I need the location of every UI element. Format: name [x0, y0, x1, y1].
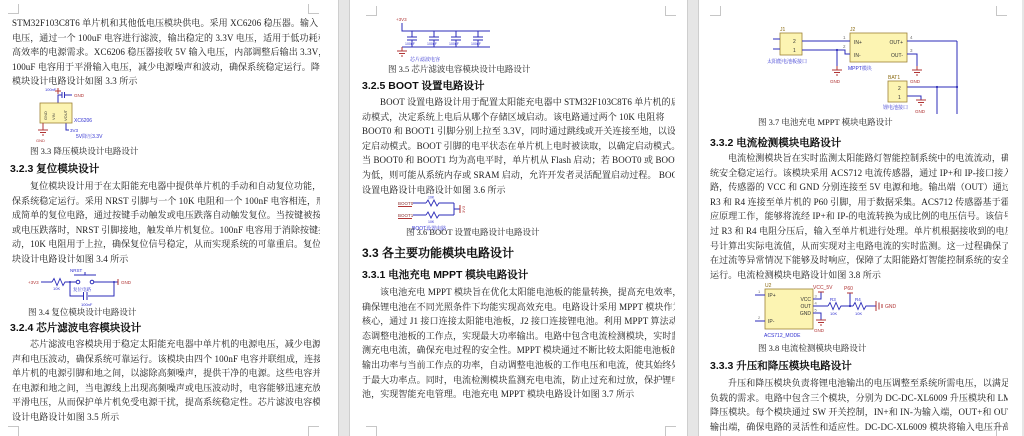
paragraph: 该电池充电 MPPT 模块旨在优化太阳能电池板的能量转换，提高充电效率， 确保锂… — [362, 285, 675, 402]
heading-3-2-4: 3.2.4 芯片滤波电容模块设计 — [10, 321, 141, 335]
pin-number: 3 — [910, 48, 913, 53]
figure-3-5-circuit: +3V3 100nF 100nF 100nF 100nF 芯片滤波电容 — [392, 14, 512, 66]
text-line: 或电压跌落时，NRST 引脚接地，触发单片机复位。100nF 电容用于消除按键抖 — [12, 223, 320, 238]
ground-symbol — [832, 66, 842, 75]
net-label-nrst: NRST — [70, 268, 83, 273]
designator-r3: R3 — [830, 297, 836, 302]
net-label-p60: P60 — [844, 286, 853, 292]
text-line: 动模式，决定系统上电后从哪个存储区域启动。该电路通过两个 10K 电阻将 — [362, 110, 675, 125]
crop-mark — [665, 426, 676, 436]
figure-caption: 图 3.4 复位模块设计电路设计 — [28, 307, 136, 318]
capacitor-value: 100nF — [471, 42, 481, 46]
capacitor-value: 100nF — [45, 87, 57, 92]
heading-3-2-3: 3.2.3 复位模块设计 — [10, 162, 99, 176]
circuit-name: 芯片滤波电容 — [410, 56, 440, 63]
paragraph: 芯片滤波电容模块用于稳定太阳能充电器中单片机的电源电压，减少电源噪 声和电压波动… — [12, 337, 320, 425]
ground-label: GND — [814, 328, 825, 333]
connector-j1-name: 太阳能电池板接口 — [767, 58, 807, 65]
designator-bat1: BAT1 — [888, 75, 900, 81]
net-label-vcc5v: VCC_5V — [813, 285, 833, 291]
text-line: R3 和 R4 连接至单片机的 P60 引脚，用于数据采集。ACS712 传感器… — [710, 195, 1008, 210]
text-line: 为低，则可能从系统内存或 SRAM 启动，允许开发者灵活配置启动过程。 BOOT — [362, 168, 675, 183]
ground-label: GND — [36, 138, 45, 143]
pin-label-in-plus: IN+ — [854, 40, 862, 46]
text-line: 复位模块设计用于在太阳能充电器中提供单片机的手动和自动复位功能，确 — [12, 179, 320, 194]
resistor-value: 10K — [830, 311, 837, 316]
button-contact — [76, 280, 80, 284]
text-line: 确保锂电池在不同光照条件下均能实现高效充电。电路设计采用 MPPT 模块作为 — [362, 300, 675, 315]
text-line: 该电池充电 MPPT 模块旨在优化太阳能电池板的能量转换，提高充电效率， — [362, 285, 675, 300]
text-line: 态调整电池板的工作点，实现最大功率输出。电路中包含电流检测模块，实时监 — [362, 329, 675, 344]
net-label-boot1: BOOT1 — [398, 213, 414, 218]
capacitor-value: 100nF — [405, 42, 415, 46]
crop-mark — [710, 6, 721, 16]
paragraph: 复位模块设计用于在太阳能充电器中提供单片机的手动和自动复位功能，确 保系统稳定运… — [12, 179, 320, 267]
crop-mark — [8, 4, 19, 14]
pin-number: 1 — [898, 95, 901, 101]
figure-caption: 图 3.6 BOOT 设置电路设计电路设计 — [406, 227, 540, 238]
ground-symbol — [816, 320, 826, 325]
battery-connector-name: 锂电池接口 — [883, 104, 908, 111]
pin-label-gnd: GND — [43, 111, 48, 120]
text-line: 测充电电流，确保充电过程的安全性。MPPT 模块通过不断比较太阳能电池板的 — [362, 343, 675, 358]
ground-label: GND — [885, 304, 897, 310]
text-line: 平滑电压，从而保护单片机免受电源干扰，提高系统稳定性。芯片滤波电容模块 — [12, 395, 320, 410]
text-line: 过 R3 和 R4 电阻分压后，输入至单片机进行处理。单片机根据接收到的电压信 — [710, 224, 1008, 239]
crop-mark — [366, 6, 377, 16]
figure-caption: 图 3.3 降压模块设计电路设计 — [30, 146, 138, 157]
pin-number: 2 — [793, 39, 796, 45]
figure-title: 5V降压3.3V — [76, 133, 103, 140]
figure-caption: 图 3.8 电流检测模块电路设计 — [758, 343, 866, 354]
crop-mark — [366, 426, 377, 436]
circuit-wires — [413, 200, 460, 218]
designator-j2: J2 — [850, 27, 856, 33]
text-line: 设计电路设计如图 3.5 所示 — [12, 410, 320, 425]
pin-label-in-minus: IN- — [854, 53, 861, 59]
text-line: 在电源和地之间，当电源线上出现高频噪声或电压波动时，电容能够迅速充放电， — [12, 381, 320, 396]
pin-number: 4 — [815, 301, 818, 306]
pin-label-vin: VIN — [51, 113, 56, 120]
page-3: J1 2 1 太阳能电池板接口 J2 IN+ IN- OUT+ OUT- MPP… — [699, 0, 1022, 436]
figure-caption: 图 3.7 电池充电 MPPT 模块电路设计 — [758, 117, 893, 128]
net-label-3v3: 3V3 — [70, 128, 79, 133]
page-gap — [338, 0, 350, 436]
text-line: 降压模块。每个模块通过 SW 开关控制，IN+和 IN-为输入端，OUT+和 O… — [710, 405, 1008, 420]
resistor-value: 10K — [855, 311, 862, 316]
heading-3-3-3: 3.3.3 升压和降压模块电路设计 — [710, 359, 852, 373]
text-line: 定启动模式。BOOT 引脚的电平状态在单片机上电时被读取，以确定启动模式。 — [362, 139, 675, 154]
designator-u2: U2 — [765, 283, 772, 289]
pin-number: 2 — [758, 315, 761, 320]
net-label-boot0: BOOT0 — [398, 201, 414, 206]
pin-label-ip-plus: IP+ — [768, 293, 776, 299]
text-line: 芯片滤波电容模块用于稳定太阳能充电器中单片机的电源电压，减少电源噪 — [12, 337, 320, 352]
text-line: 保系统稳定运行。采用 NRST 引脚与一个 10K 电阻和一个 100nF 电容… — [12, 194, 320, 209]
text-line: 动，10K 电阻用于上拉，确保复位信号稳定，从而实现系统的可靠重启。复位模 — [12, 237, 320, 252]
text-line: 在过流等异常情况下能够及时响应，保障了太阳能路灯智能控制系统的安全稳定 — [710, 253, 1008, 268]
mppt-module-name: MPPT模块 — [848, 65, 872, 72]
crop-mark — [8, 426, 19, 436]
text-line: 统安全稳定运行。该模块采用 ACS712 电流传感器，通过 IP+和 IP-接口… — [710, 166, 1008, 181]
net-label-3v3: +3V3 — [28, 280, 39, 285]
figure-3-3-circuit: GND VIN VOUT 100nF GND XC6206 3V3 GND 5V… — [28, 86, 168, 148]
text-line: BOOT 设置电路设计用于配置太阳能充电器中 STM32F103C8T6 单片机… — [362, 95, 675, 110]
designator-r4: R4 — [855, 297, 861, 302]
paragraph: 升压和降压模块负责将锂电池输出的电压调整至系统所需电压，以满足不同 负载的需求。… — [710, 376, 1008, 434]
figure-3-4-circuit: +3V3 10K NRST 复位电路 100nF GND — [26, 266, 156, 310]
ground-label: GND — [830, 79, 841, 84]
text-line: 池，实现智能充电管理。电池充电 MPPT 模块电路设计如图 3.7 所示 — [362, 387, 675, 402]
text-line: 成简单的复位电路，通过按键手动触发或电压跌落自动触发复位。当按键被按下 — [12, 208, 320, 223]
ground-symbol — [397, 47, 407, 56]
text-line: STM32F103C8T6 单片机和其他低电压模块供电。采用 XC6206 稳压… — [12, 16, 320, 31]
pin-number: 2 — [898, 86, 901, 92]
text-line: 声和电压波动，确保系统可靠运行。该模块由四个 100nF 电容并联组成，连接在 — [12, 352, 320, 367]
ground-label: GND — [910, 79, 921, 84]
text-line: 电流检测模块旨在实时监测太阳能路灯智能控制系统中的电流流动，确保系 — [710, 151, 1008, 166]
text-line: 高效率的电源需求。XC6206 稳压器接收 5V 输入电压，内部调整后输出 3.… — [12, 45, 320, 60]
pin-number: 1 — [843, 35, 846, 40]
crop-mark — [308, 426, 319, 436]
pin-label-vout: VOUT — [63, 109, 68, 121]
page-2: +3V3 100nF 100nF 100nF 100nF 芯片滤波电容 图 3.… — [350, 0, 687, 436]
pin-label-vcc: VCC — [800, 297, 811, 303]
text-line: 100uF 电容用于平滑输入电压，减少电源噪声和波动，确保系统稳定运行。降压 — [12, 60, 320, 75]
pin-number: 3 — [815, 294, 818, 299]
capacitor-value: 100nF — [449, 42, 459, 46]
ground-symbol — [912, 66, 922, 75]
figure-3-7-circuit: J1 2 1 太阳能电池板接口 J2 IN+ IN- OUT+ OUT- MPP… — [755, 22, 985, 122]
crop-mark — [308, 4, 319, 14]
text-line: 号计算出实际电流值，从而实现对主电路电流的实时监测。这一过程确保了系统 — [710, 239, 1008, 254]
ground-label: GND — [915, 109, 926, 114]
crop-mark — [665, 6, 676, 16]
pin-number: 5 — [815, 308, 818, 313]
capacitor-value: 100nF — [427, 42, 437, 46]
pin-label-ip-minus: IP- — [768, 319, 775, 325]
heading-3-2-5: 3.2.5 BOOT 设置电路设计 — [362, 79, 485, 93]
paragraph: BOOT 设置电路设计用于配置太阳能充电器中 STM32F103C8T6 单片机… — [362, 95, 675, 197]
pin-number: 1 — [793, 48, 796, 54]
designator-j1: J1 — [780, 27, 786, 33]
figure-3-8-circuit: U2 1 2 IP+ IP- VCC OUT GND 3 4 5 VCC_5V … — [750, 280, 930, 342]
text-line: 于最大功率点。同时，电流检测模块监测充电电流，防止过充和过放，保护锂电 — [362, 373, 675, 388]
ground-symbol — [916, 100, 926, 105]
text-line: 升压和降压模块负责将锂电池输出的电压调整至系统所需电压，以满足不同 — [710, 376, 1008, 391]
button-contact — [90, 280, 94, 284]
paragraph: 电流检测模块旨在实时监测太阳能路灯智能控制系统中的电流流动，确保系 统安全稳定运… — [710, 151, 1008, 282]
document-canvas: { "doc": { "p1": { "para1": [ "STM32F103… — [0, 0, 1024, 436]
pin-number: 1 — [758, 289, 761, 294]
figure-caption: 图 3.5 芯片滤波电容模块设计电路设计 — [388, 64, 530, 75]
net-label-3v3: 3V3 — [461, 205, 466, 213]
pin-label-out-minus: OUT- — [891, 53, 903, 59]
resistor-value: 10K — [53, 286, 60, 291]
net-label-3v3: +3V3 — [396, 17, 407, 22]
text-line: 当 BOOT0 和 BOOT1 均为高电平时，单片机从 Flash 启动；若 B… — [362, 153, 675, 168]
text-line: 输出端，确保电路的灵活性和适应性。DC-DC-XL6009 模块将输入电压升高至… — [710, 420, 1008, 435]
pin-number: 2 — [843, 44, 846, 49]
heading-3-3-1: 3.3.1 电池充电 MPPT 模块电路设计 — [362, 268, 528, 282]
heading-3-3-2: 3.3.2 电流检测模块电路设计 — [710, 136, 841, 150]
pin-label-out-plus: OUT+ — [890, 40, 904, 46]
ground-symbol-rotated — [876, 301, 882, 311]
pin-label-gnd: GND — [800, 311, 812, 317]
net-label-gnd: GND — [74, 93, 85, 98]
text-line: 电压，通过一个 100uF 电容进行滤波，输出稳定的 3.3V 电压，适用于低功… — [12, 31, 320, 46]
ground-symbol — [38, 123, 48, 135]
chip-name: XC6206 — [74, 118, 92, 124]
heading-3-3: 3.3 各主要功能模块电路设计 — [362, 246, 514, 261]
text-line: 输出功率与当前工作点的功率，自动调整电池板的工作电压和电流，使其始终处 — [362, 358, 675, 373]
resistor-value: 10K — [428, 220, 435, 224]
pin-label-out: OUT — [800, 304, 811, 310]
ground-label: GND — [121, 280, 132, 285]
resistor-value: 10K — [428, 196, 435, 200]
page-1: STM32F103C8T6 单片机和其他低电压模块供电。采用 XC6206 稳压… — [0, 0, 338, 436]
circuit-name: 复位电路 — [73, 286, 91, 293]
text-line: 块设计电路设计如图 3.4 所示 — [12, 252, 320, 267]
text-line: 设置电路设计电路设计如图 3.6 所示 — [362, 183, 675, 198]
text-line: 负载的需求。电路中包含三个模块，分别为 DC-DC-XL6009 升压模块和 L… — [710, 391, 1008, 406]
paragraph: STM32F103C8T6 单片机和其他低电压模块供电。采用 XC6206 稳压… — [12, 16, 320, 89]
connector-j1 — [780, 33, 802, 55]
chip-name: ACS712_MODE — [764, 333, 801, 339]
page-gap — [687, 0, 699, 436]
pin-number: 4 — [910, 35, 913, 40]
crop-mark — [996, 6, 1007, 16]
text-line: 应原理工作，能够将流经 IP+和 IP-的电流转换为成比例的电压信号。该信号经 — [710, 209, 1008, 224]
text-line: 路，传感器的 VCC 和 GND 分别连接至 5V 电源和地。输出端（OUT）通… — [710, 180, 1008, 195]
text-line: 单片机的电源引脚和地之间，以滤除高频噪声，提供干净的电源。这些电容并联 — [12, 366, 320, 381]
text-line: 核心，通过 J1 接口连接太阳能电池板，J2 接口连接锂电池。利用 MPPT 算… — [362, 314, 675, 329]
text-line: BOOT0 和 BOOT1 引脚分别上拉至 3.3V，同时通过跳线或开关连接至地… — [362, 124, 675, 139]
